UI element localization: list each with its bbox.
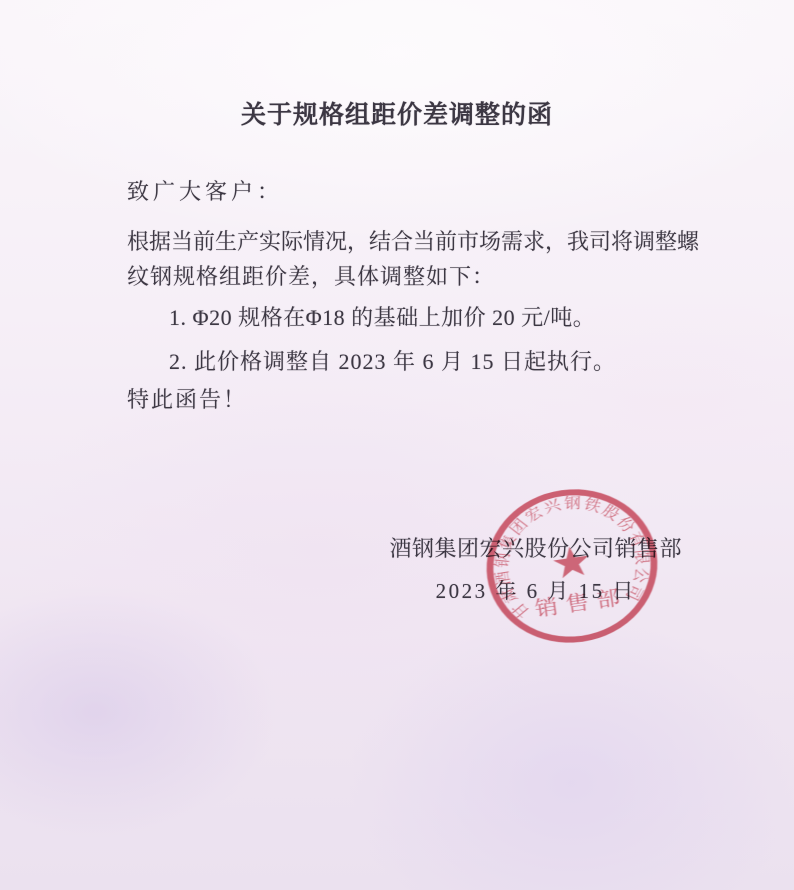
salutation-line: 致广大客户：: [127, 177, 283, 207]
closing-line: 特此函告！: [127, 385, 247, 415]
letter-photo: 关于规格组距价差调整的函 致广大客户： 根据当前生产实际情况，结合当前市场需求，…: [0, 0, 794, 890]
body-line-2: 纹钢规格组距价差，具体调整如下：: [127, 262, 495, 292]
body-line-1: 根据当前生产实际情况，结合当前市场需求，我司将调整螺: [127, 227, 699, 257]
signature-line: 酒钢集团宏兴股份公司销售部: [389, 534, 682, 564]
list-item-price-rule: 1. Φ20 规格在Φ18 的基础上加价 20 元/吨。: [169, 303, 595, 333]
date-line: 2023 年 6 月 15 日: [389, 577, 682, 605]
list-item-effective-date: 2. 此价格调整自 2023 年 6 月 15 日起执行。: [169, 347, 616, 377]
letter-title: 关于规格组距价差调整的函: [0, 95, 794, 131]
signature-block: 酒钢集团宏兴股份公司销售部 2023 年 6 月 15 日: [389, 534, 682, 605]
